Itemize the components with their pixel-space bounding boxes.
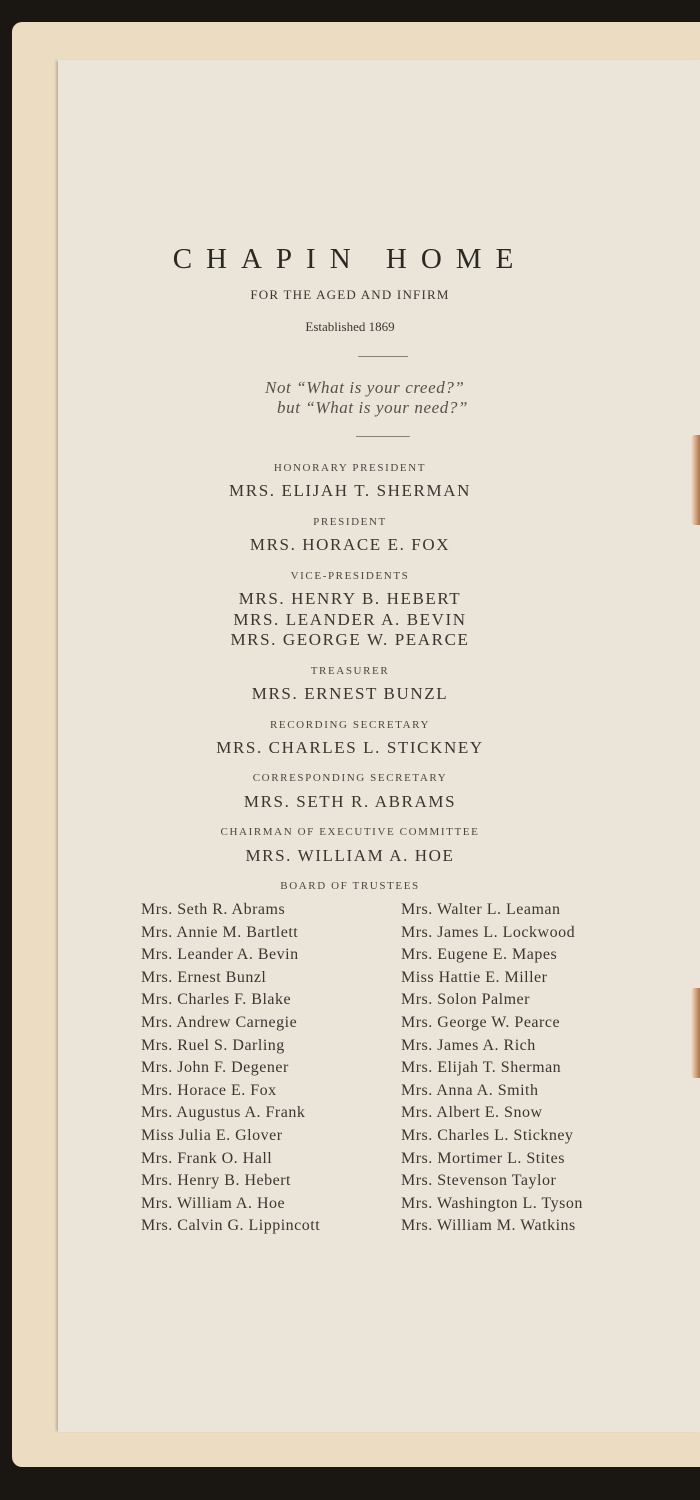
officer-name: MRS. ERNEST BUNZL bbox=[0, 684, 700, 704]
trustee-name: Mrs. Solon Palmer bbox=[401, 989, 583, 1012]
trustee-name: Mrs. Andrew Carnegie bbox=[141, 1012, 320, 1035]
trustee-name: Mrs. James L. Lockwood bbox=[401, 922, 583, 945]
officer-name: MRS. LEANDER A. BEVIN bbox=[0, 610, 700, 630]
officer-name: MRS. SETH R. ABRAMS bbox=[0, 792, 700, 812]
trustee-name: Mrs. Eugene E. Mapes bbox=[401, 944, 583, 967]
trustee-name: Mrs. Leander A. Bevin bbox=[141, 944, 320, 967]
trustee-name: Miss Julia E. Glover bbox=[141, 1125, 320, 1148]
trustee-name: Mrs. Washington L. Tyson bbox=[401, 1193, 583, 1216]
trustee-name: Mrs. Charles L. Stickney bbox=[401, 1125, 583, 1148]
trustees-column-right: Mrs. Walter L. Leaman Mrs. James L. Lock… bbox=[401, 899, 583, 1238]
trustees-column-left: Mrs. Seth R. Abrams Mrs. Annie M. Bartle… bbox=[141, 899, 320, 1238]
trustee-name: Mrs. Seth R. Abrams bbox=[141, 899, 320, 922]
officer-name: MRS. ELIJAH T. SHERMAN bbox=[0, 481, 700, 501]
trustee-name: Mrs. James A. Rich bbox=[401, 1035, 583, 1058]
trustee-name: Mrs. Henry B. Hebert bbox=[141, 1170, 320, 1193]
established-date: Established 1869 bbox=[0, 319, 700, 335]
trustee-name: Mrs. Annie M. Bartlett bbox=[141, 922, 320, 945]
motto-line-2: but “What is your need?” bbox=[277, 398, 468, 418]
office-label-recording-secretary: RECORDING SECRETARY bbox=[0, 719, 700, 731]
trustee-name: Mrs. Calvin G. Lippincott bbox=[141, 1215, 320, 1238]
officer-name: MRS. WILLIAM A. HOE bbox=[0, 846, 700, 866]
trustee-name: Mrs. Elijah T. Sherman bbox=[401, 1057, 583, 1080]
edge-stain bbox=[691, 988, 700, 1078]
office-label-treasurer: TREASURER bbox=[0, 665, 700, 677]
trustee-name: Mrs. Walter L. Leaman bbox=[401, 899, 583, 922]
trustee-name: Mrs. Augustus A. Frank bbox=[141, 1102, 320, 1125]
office-label-president: PRESIDENT bbox=[0, 516, 700, 528]
trustee-name: Mrs. Anna A. Smith bbox=[401, 1080, 583, 1103]
officer-name: MRS. CHARLES L. STICKNEY bbox=[0, 738, 700, 758]
trustee-name: Mrs. Albert E. Snow bbox=[401, 1102, 583, 1125]
motto-line-1: Not “What is your creed?” bbox=[265, 378, 464, 398]
office-label-vice-presidents: VICE-PRESIDENTS bbox=[0, 570, 700, 582]
trustee-name: Mrs. George W. Pearce bbox=[401, 1012, 583, 1035]
officer-name: MRS. HENRY B. HEBERT bbox=[0, 589, 700, 609]
subtitle: FOR THE AGED AND INFIRM bbox=[0, 287, 700, 303]
edge-stain bbox=[691, 435, 700, 525]
trustee-name: Miss Hattie E. Miller bbox=[401, 967, 583, 990]
trustee-name: Mrs. John F. Degener bbox=[141, 1057, 320, 1080]
officer-name: MRS. HORACE E. FOX bbox=[0, 535, 700, 555]
divider bbox=[358, 356, 408, 357]
trustee-name: Mrs. Ernest Bunzl bbox=[141, 967, 320, 990]
office-label-chairman-executive: CHAIRMAN OF EXECUTIVE COMMITTEE bbox=[0, 826, 700, 838]
office-label-honorary-president: HONORARY PRESIDENT bbox=[0, 462, 700, 474]
divider bbox=[356, 436, 410, 437]
trustee-name: Mrs. Charles F. Blake bbox=[141, 989, 320, 1012]
office-label-corresponding-secretary: CORRESPONDING SECRETARY bbox=[0, 772, 700, 784]
trustee-name: Mrs. Frank O. Hall bbox=[141, 1148, 320, 1171]
trustee-name: Mrs. William M. Watkins bbox=[401, 1215, 583, 1238]
page-title: CHAPIN HOME bbox=[0, 243, 700, 276]
trustee-name: Mrs. William A. Hoe bbox=[141, 1193, 320, 1216]
officer-name: MRS. GEORGE W. PEARCE bbox=[0, 630, 700, 650]
trustees-label: BOARD OF TRUSTEES bbox=[0, 880, 700, 892]
trustee-name: Mrs. Mortimer L. Stites bbox=[401, 1148, 583, 1171]
trustee-name: Mrs. Stevenson Taylor bbox=[401, 1170, 583, 1193]
trustee-name: Mrs. Ruel S. Darling bbox=[141, 1035, 320, 1058]
trustee-name: Mrs. Horace E. Fox bbox=[141, 1080, 320, 1103]
